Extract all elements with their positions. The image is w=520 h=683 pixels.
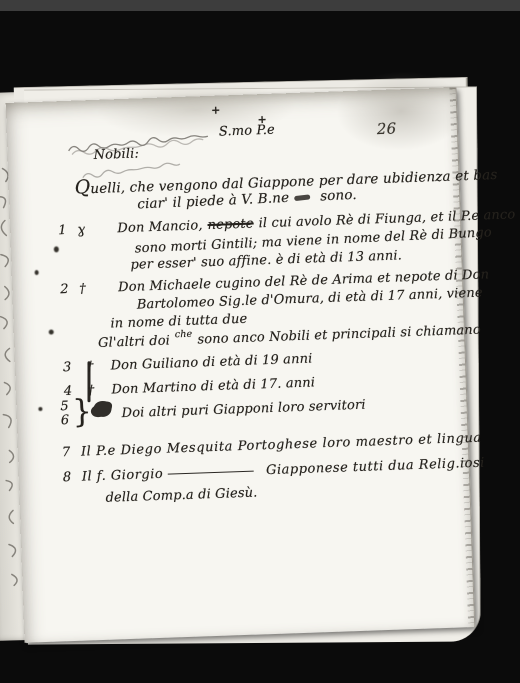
ink-speck [54,246,59,252]
entry-number-6: 6 [61,413,70,428]
entry-8-line-2: della Comp.a di Giesù. [105,485,257,505]
ink-speck [38,407,42,411]
struck-word: nepote [207,216,254,233]
entry-text: Don Guiliano di età di 19 anni [110,351,312,373]
title-line-2-end: sono. [320,187,357,205]
manuscript-page: 26 + + S.mo P.e Nobili: Quelli, che veng… [6,87,476,642]
entry-number: 8 [63,470,78,485]
entry-number-5: 5 [60,399,69,414]
entry-mark: ɣ [77,222,85,237]
entry-text: Giapponese tutti dua Relig.iosi [266,456,485,479]
cross-mark: + [211,104,221,117]
entry-row-4: 4†Don Martino di età di 17. anni [64,375,316,399]
entry-mark: † [87,359,94,374]
ink-blot [92,399,113,418]
folio-number: 26 [377,119,397,138]
scan-border [0,0,520,11]
strikeout-blot [294,194,310,201]
interline-pre: Gl'altri doi [98,333,170,350]
manuscript-scan: 26 + + S.mo P.e Nobili: Quelli, che veng… [0,0,520,683]
entry-number: 1 [58,223,73,238]
entry-row-3: 3†Don Guiliano di età di 19 anni [63,351,313,375]
entry-number: 3 [63,360,78,375]
entry-mark: † [79,281,86,296]
strikeout-scribble [65,127,216,159]
invocation-abbreviation: S.mo P.e [219,123,275,140]
interline-insert: che [175,329,193,341]
entry-text: Don Mancio, [117,218,203,236]
entry-text: Don Martino di età di 17. anni [111,375,315,397]
entry-text: Il P.e Diego Mesquita Portoghese loro ma… [81,431,482,460]
entry-row-7: 7Il P.e Diego Mesquita Portoghese loro m… [62,431,482,461]
entry-number: 2 [60,282,75,297]
entry-row-8: 8Il f. GiorgioGiapponese tutti dua Relig… [63,456,486,486]
ink-speck [35,270,39,275]
entry-brace: } [72,393,93,430]
filler-dash [168,471,254,475]
ink-speck [49,329,54,334]
entry-text: Il f. Giorgio [82,467,164,485]
entry-row-5-6: Doi altri puri Giapponi loro servitori [121,398,366,422]
entry-number: 7 [62,445,77,460]
